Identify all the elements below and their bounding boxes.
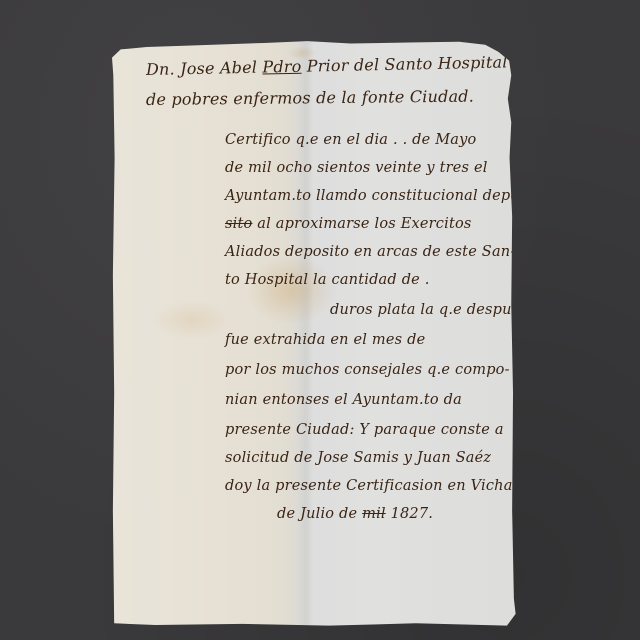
header-title: Prior del Santo Hospital	[307, 52, 508, 75]
body-line-13: doy la presente Certificasion en Vicha	[225, 478, 513, 494]
struck-word: mil	[362, 506, 386, 522]
header-underlined-name: Pdro	[262, 57, 301, 77]
body-line-8: fue extrahida en el mes de	[225, 332, 425, 348]
body-line-5: Aliados deposito en arcas de este San-	[225, 244, 515, 260]
water-stain	[247, 255, 337, 325]
header-line-2: de pobres enfermos de la fonte Ciudad.	[146, 87, 474, 109]
body-line-4: sito al aproximarse los Exercitos	[225, 216, 472, 232]
closing-prefix: de Julio de	[277, 506, 357, 522]
body-line-9: por los muchos consejales q.e compo-	[225, 362, 510, 378]
body-line-6: to Hospital la cantidad de .	[225, 272, 430, 288]
body-line-3: Ayuntam.to llamdo constitucional depo-	[225, 188, 524, 204]
body-line-10: nian entonses el Ayuntam.to da	[225, 392, 462, 408]
body-line-12: solicitud de Jose Samis y Juan Saéz	[225, 450, 491, 466]
manuscript-page: Dn. Jose Abel Pdro Prior del Santo Hospi…	[112, 40, 546, 628]
header-line-1: Dn. Jose Abel Pdro Prior del Santo Hospi…	[146, 52, 508, 79]
water-stain	[152, 300, 232, 340]
body-line-2: de mil ocho sientos veinte y tres el	[225, 160, 488, 176]
closing-year: 1827.	[391, 506, 434, 522]
closing-line: de Julio de mil 1827.	[277, 506, 433, 522]
header-prefix: Dn. Jose Abel	[146, 58, 257, 79]
body-line-7: duros plata la q.e despues	[330, 302, 528, 318]
struck-word: sito	[225, 216, 252, 232]
body-line-11: presente Ciudad: Y paraque conste a	[225, 422, 504, 438]
body-line-1: Certifico q.e en el dia . . de Mayo	[225, 132, 476, 148]
line-text: al aproximarse los Exercitos	[252, 216, 471, 232]
